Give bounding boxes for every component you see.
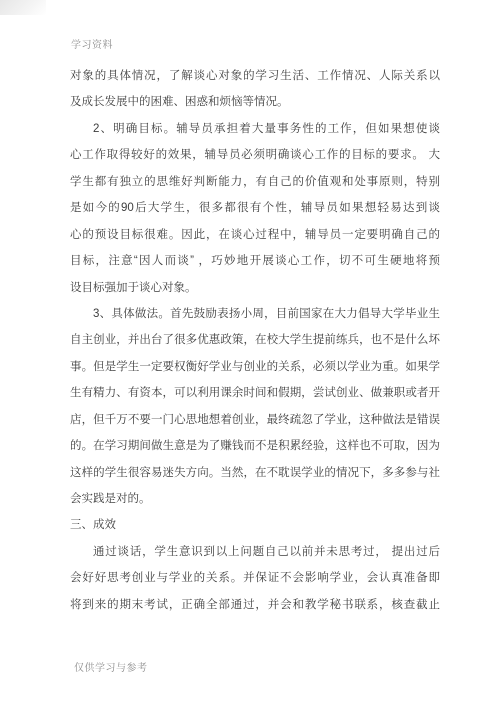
text-line: 生有精力、有资本，可以利用课余时间和假期，尝试创业、做兼职或者开 [70,380,440,406]
document-body: 对象的具体情况，了解谈心对象的学习生活、工作情况、人际关系以及成长发展中的困难、… [70,63,440,618]
text-line: 会实践是对的。 [70,486,440,512]
text-line: 对象的具体情况，了解谈心对象的学习生活、工作情况、人际关系以 [70,63,440,89]
footer-watermark: 仅供学习与参考 [74,659,148,674]
header-watermark: 学习资料 [71,36,113,51]
text-line: 2、明确目标。辅导员承担着大量事务性的工作，但如果想使谈 [70,116,440,142]
text-line: 设目标强加于谈心对象。 [70,275,440,301]
text-line: 会好好思考创业与学业的关系。并保证不会影响学业，会认真准备即 [70,565,440,591]
scan-corner-artifact [0,0,46,15]
text-line: 学生都有独立的思维好判断能力，有自己的价值观和处事原则，特别 [70,169,440,195]
text-line: 心工作取得较好的效果，辅导员必须明确谈心工作的目标的要求。 大 [70,142,440,168]
text-line: 将到来的期末考试，正确全部通过，并会和教学秘书联系，核查截止 [70,592,440,618]
text-line: 是如今的90后大学生，很多都很有个性，辅导员如果想轻易达到谈 [70,195,440,221]
text-line: 事。但是学生一定要权衡好学业与创业的关系，必须以学业为重。如果学 [70,354,440,380]
text-line: 的。在学习期间做生意是为了赚钱而不是积累经验，这样也不可取，因为 [70,433,440,459]
document-page: 学习资料 对象的具体情况，了解谈心对象的学习生活、工作情况、人际关系以及成长发展… [0,0,500,708]
text-line: 及成长发展中的困难、困惑和烦恼等情况。 [70,89,440,115]
text-line: 三、成效 [70,512,440,538]
text-line: 店，但千万不要一门心思地想着创业，最终疏忽了学业，这种做法是错误 [70,407,440,433]
text-line: 心的预设目标很难。因此，在谈心过程中，辅导员一定要明确自己的 [70,222,440,248]
text-line: 3、具体做法。首先鼓励表扬小周，目前国家在大力倡导大学毕业生 [70,301,440,327]
text-line: 这样的学生很容易迷失方向。当然，在不耽误学业的情况下，多多参与社 [70,460,440,486]
text-line: 通过谈话，学生意识到以上问题自己以前并未思考过， 提出过后 [70,539,440,565]
text-line: 目标，注意“因人而谈” ，巧妙地开展谈心工作，切不可生硬地将预 [70,248,440,274]
text-line: 自主创业，并出台了很多优惠政策，在校大学生提前练兵，也不是什么坏 [70,327,440,353]
